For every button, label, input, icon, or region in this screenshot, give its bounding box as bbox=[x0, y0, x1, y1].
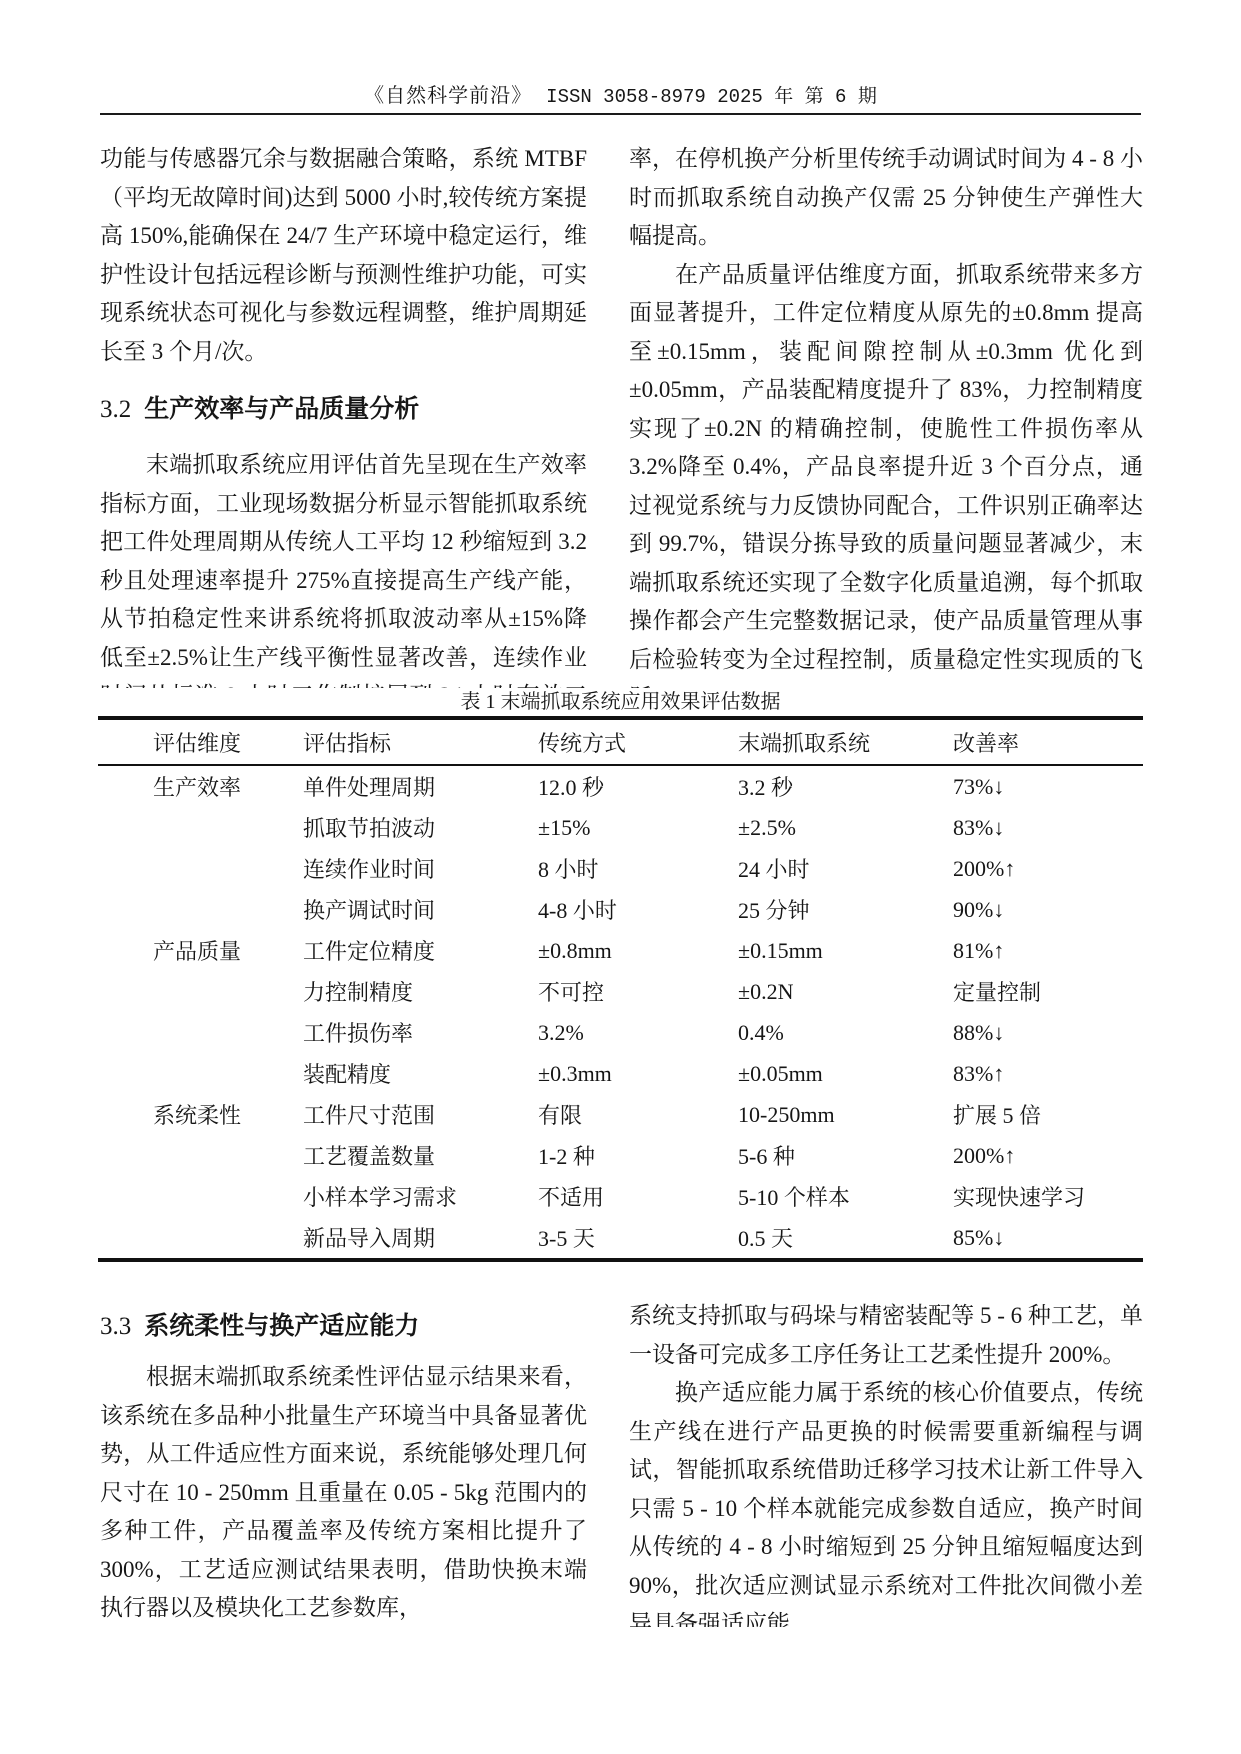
table-cell bbox=[98, 1135, 298, 1176]
paragraph-changeover: 换产适应能力属于系统的核心价值要点，传统生产线在进行产品更换的时候需要重新编程与… bbox=[629, 1374, 1143, 1627]
table-body: 生产效率单件处理周期12.0 秒3.2 秒73%↓抓取节拍波动±15%±2.5%… bbox=[98, 765, 1143, 1260]
top-two-column-area: 功能与传感器冗余与数据融合策略，系统 MTBF（平均无故障时间)达到 5000 … bbox=[100, 140, 1143, 688]
table-cell: ±0.2N bbox=[733, 971, 948, 1012]
table-row: 工件损伤率3.2%0.4%88%↓ bbox=[98, 1012, 1143, 1053]
journal-issue-info: ISSN 3058-8979 2025 年 第 6 期 bbox=[546, 86, 877, 108]
table-cell bbox=[98, 807, 298, 848]
table-cell: 3-5 天 bbox=[533, 1217, 733, 1260]
table-cell bbox=[98, 1012, 298, 1053]
table-cell: 抓取节拍波动 bbox=[298, 807, 533, 848]
table-cell: 24 小时 bbox=[733, 848, 948, 889]
table-cell: 工件损伤率 bbox=[298, 1012, 533, 1053]
table-cell: ±0.15mm bbox=[733, 930, 948, 971]
table-cell: 新品导入周期 bbox=[298, 1217, 533, 1260]
table-cell bbox=[98, 971, 298, 1012]
table-cell: 实现快速学习 bbox=[948, 1176, 1143, 1217]
table-cell bbox=[98, 1053, 298, 1094]
table-cell: 4-8 小时 bbox=[533, 889, 733, 930]
table-cell: 10-250mm bbox=[733, 1094, 948, 1135]
table-cell: 200%↑ bbox=[948, 1135, 1143, 1176]
table-cell: 连续作业时间 bbox=[298, 848, 533, 889]
table-row: 工艺覆盖数量1-2 种5-6 种200%↑ bbox=[98, 1135, 1143, 1176]
table-cell: 工艺覆盖数量 bbox=[298, 1135, 533, 1176]
table-cell: 扩展 5 倍 bbox=[948, 1094, 1143, 1135]
table-cell bbox=[98, 1217, 298, 1260]
table-row: 产品质量工件定位精度±0.8mm±0.15mm81%↑ bbox=[98, 930, 1143, 971]
table-cell: 系统柔性 bbox=[98, 1094, 298, 1135]
paragraph-flexibility-continuation: 系统支持抓取与码垛与精密装配等 5 - 6 种工艺，单一设备可完成多工序任务让工… bbox=[629, 1297, 1143, 1374]
table-cell: 200%↑ bbox=[948, 848, 1143, 889]
table-cell: ±0.05mm bbox=[733, 1053, 948, 1094]
table-cell: 0.4% bbox=[733, 1012, 948, 1053]
table-cell bbox=[98, 1176, 298, 1217]
table-row: 系统柔性工件尺寸范围有限10-250mm扩展 5 倍 bbox=[98, 1094, 1143, 1135]
bottom-left-column: 3.3系统柔性与换产适应能力 根据末端抓取系统柔性评估显示结果来看，该系统在多品… bbox=[100, 1297, 587, 1627]
table-cell: ±0.3mm bbox=[533, 1053, 733, 1094]
table-cell: 不可控 bbox=[533, 971, 733, 1012]
table-caption: 表 1 末端抓取系统应用效果评估数据 bbox=[98, 690, 1143, 714]
section-heading-3-3: 3.3系统柔性与换产适应能力 bbox=[100, 1309, 587, 1344]
table-cell: 83%↓ bbox=[948, 807, 1143, 848]
paper-page: 《自然科学前沿》ISSN 3058-8979 2025 年 第 6 期 功能与传… bbox=[0, 0, 1241, 1754]
table-cell: 3.2% bbox=[533, 1012, 733, 1053]
bottom-two-column-area: 3.3系统柔性与换产适应能力 根据末端抓取系统柔性评估显示结果来看，该系统在多品… bbox=[100, 1297, 1143, 1627]
table-cell: ±15% bbox=[533, 807, 733, 848]
table-cell: 0.5 天 bbox=[733, 1217, 948, 1260]
table-row: 抓取节拍波动±15%±2.5%83%↓ bbox=[98, 807, 1143, 848]
table-row: 连续作业时间8 小时24 小时200%↑ bbox=[98, 848, 1143, 889]
table-cell: 不适用 bbox=[533, 1176, 733, 1217]
table-cell: 12.0 秒 bbox=[533, 765, 733, 807]
journal-name: 《自然科学前沿》 bbox=[364, 85, 532, 107]
table-cell: ±2.5% bbox=[733, 807, 948, 848]
table-cell: 工件尺寸范围 bbox=[298, 1094, 533, 1135]
table-cell: 小样本学习需求 bbox=[298, 1176, 533, 1217]
paragraph-maintenance-continuation: 功能与传感器冗余与数据融合策略，系统 MTBF（平均无故障时间)达到 5000 … bbox=[100, 140, 587, 371]
section-number: 3.2 bbox=[100, 396, 131, 423]
table-header-row: 评估维度评估指标传统方式末端抓取系统改善率 bbox=[98, 718, 1143, 765]
table-cell: ±0.8mm bbox=[533, 930, 733, 971]
paragraph-quality: 在产品质量评估维度方面，抓取系统带来多方面显著提升，工件定位精度从原先的±0.8… bbox=[629, 256, 1143, 689]
table-cell: 单件处理周期 bbox=[298, 765, 533, 807]
table-row: 换产调试时间4-8 小时25 分钟90%↓ bbox=[98, 889, 1143, 930]
table-cell: 生产效率 bbox=[98, 765, 298, 807]
table-cell: 装配精度 bbox=[298, 1053, 533, 1094]
table-cell: 83%↑ bbox=[948, 1053, 1143, 1094]
table-cell: 25 分钟 bbox=[733, 889, 948, 930]
table-cell: 工件定位精度 bbox=[298, 930, 533, 971]
table-cell: 5-6 种 bbox=[733, 1135, 948, 1176]
table-cell bbox=[98, 889, 298, 930]
table-cell: 85%↓ bbox=[948, 1217, 1143, 1260]
table-cell: 90%↓ bbox=[948, 889, 1143, 930]
section-number: 3.3 bbox=[100, 1313, 131, 1340]
section-heading-3-2: 3.2生产效率与产品质量分析 bbox=[100, 392, 587, 427]
table-cell: 73%↓ bbox=[948, 765, 1143, 807]
table-cell: 换产调试时间 bbox=[298, 889, 533, 930]
journal-header: 《自然科学前沿》ISSN 3058-8979 2025 年 第 6 期 bbox=[0, 84, 1241, 109]
table-cell: 5-10 个样本 bbox=[733, 1176, 948, 1217]
top-right-column: 率，在停机换产分析里传统手动调试时间为 4 - 8 小时而抓取系统自动换产仅需 … bbox=[629, 140, 1143, 688]
paragraph-flexibility: 根据末端抓取系统柔性评估显示结果来看，该系统在多品种小批量生产环境当中具备显著优… bbox=[100, 1358, 587, 1627]
evaluation-table-block: 表 1 末端抓取系统应用效果评估数据 评估维度评估指标传统方式末端抓取系统改善率… bbox=[98, 690, 1143, 1262]
table-cell: 88%↓ bbox=[948, 1012, 1143, 1053]
table-row: 生产效率单件处理周期12.0 秒3.2 秒73%↓ bbox=[98, 765, 1143, 807]
table-row: 装配精度±0.3mm±0.05mm83%↑ bbox=[98, 1053, 1143, 1094]
header-rule bbox=[100, 113, 1141, 115]
table-cell bbox=[98, 848, 298, 889]
table-cell: 产品质量 bbox=[98, 930, 298, 971]
table-row: 小样本学习需求不适用5-10 个样本实现快速学习 bbox=[98, 1176, 1143, 1217]
table-row: 力控制精度不可控±0.2N定量控制 bbox=[98, 971, 1143, 1012]
evaluation-table: 评估维度评估指标传统方式末端抓取系统改善率 生产效率单件处理周期12.0 秒3.… bbox=[98, 716, 1143, 1262]
table-cell: 定量控制 bbox=[948, 971, 1143, 1012]
column-header: 末端抓取系统 bbox=[733, 718, 948, 765]
section-title: 生产效率与产品质量分析 bbox=[144, 395, 419, 423]
bottom-right-column: 系统支持抓取与码垛与精密装配等 5 - 6 种工艺，单一设备可完成多工序任务让工… bbox=[629, 1297, 1143, 1627]
table-cell: 3.2 秒 bbox=[733, 765, 948, 807]
table-row: 新品导入周期3-5 天0.5 天85%↓ bbox=[98, 1217, 1143, 1260]
table-cell: 1-2 种 bbox=[533, 1135, 733, 1176]
column-header: 评估指标 bbox=[298, 718, 533, 765]
table-cell: 有限 bbox=[533, 1094, 733, 1135]
paragraph-efficiency-continuation: 率，在停机换产分析里传统手动调试时间为 4 - 8 小时而抓取系统自动换产仅需 … bbox=[629, 140, 1143, 256]
column-header: 传统方式 bbox=[533, 718, 733, 765]
column-header: 改善率 bbox=[948, 718, 1143, 765]
table-cell: 81%↑ bbox=[948, 930, 1143, 971]
table-cell: 8 小时 bbox=[533, 848, 733, 889]
paragraph-efficiency: 末端抓取系统应用评估首先呈现在生产效率指标方面，工业现场数据分析显示智能抓取系统… bbox=[100, 446, 587, 688]
top-left-column: 功能与传感器冗余与数据融合策略，系统 MTBF（平均无故障时间)达到 5000 … bbox=[100, 140, 587, 688]
column-header: 评估维度 bbox=[98, 718, 298, 765]
table-cell: 力控制精度 bbox=[298, 971, 533, 1012]
section-title: 系统柔性与换产适应能力 bbox=[144, 1312, 419, 1340]
